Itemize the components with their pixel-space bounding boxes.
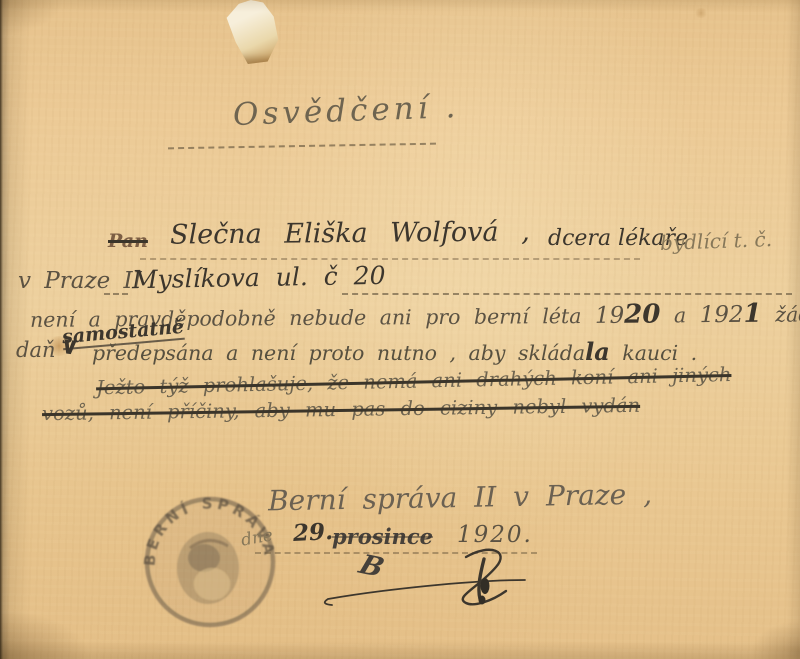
scanned-certificate-page: Osvědčení . Pan Slečna Eliška Wolfová , … <box>0 0 800 659</box>
scan-edge-vignette <box>0 0 800 659</box>
